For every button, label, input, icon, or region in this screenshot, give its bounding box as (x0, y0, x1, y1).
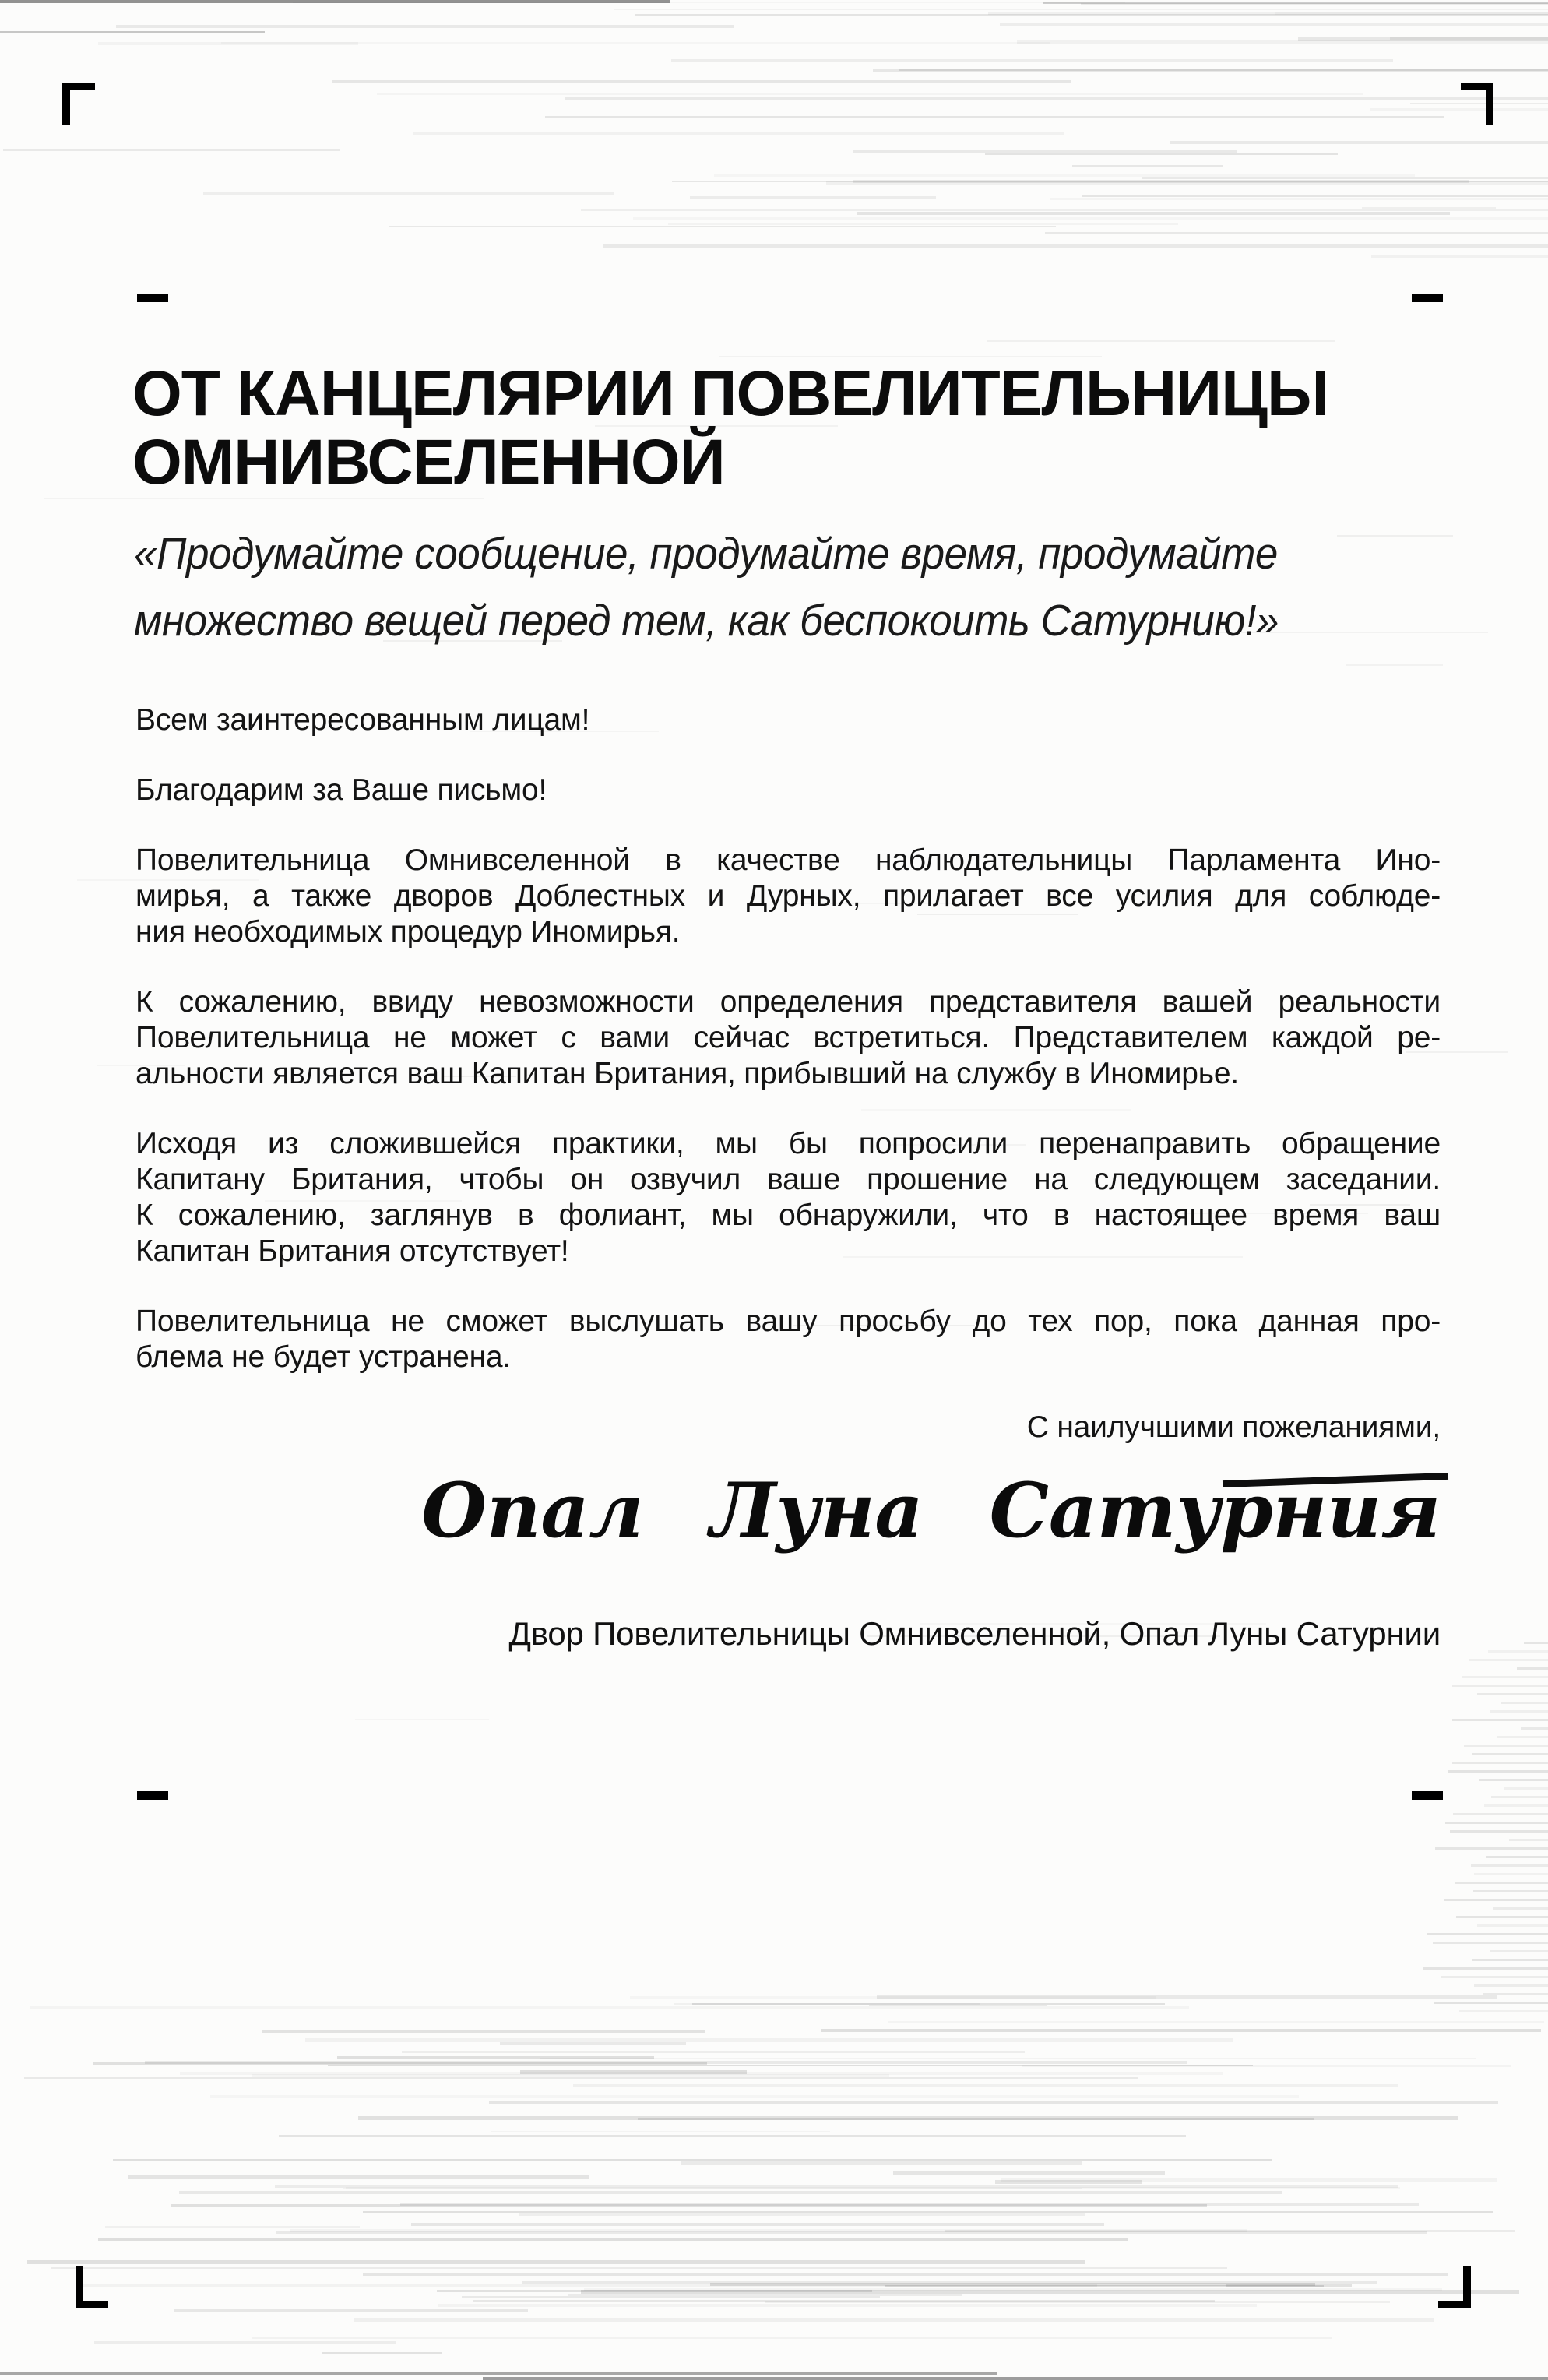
body-line: Повелительница Омнивселенной в качестве … (135, 843, 1441, 878)
letter-body: Всем заинтересованным лицам! Благодарим … (135, 702, 1441, 1653)
body-line: Благодарим за Ваше письмо! (135, 773, 1441, 808)
body-line: К сожалению, заглянув в фолиант, мы обна… (135, 1198, 1441, 1234)
paragraph-practice: Исходя из сложившейся практики, мы бы по… (135, 1126, 1441, 1269)
signature-word-3: Сатурния (990, 1464, 1441, 1558)
letter-heading: ОТ КАНЦЕЛЯРИИ ПОВЕЛИТЕЛЬНИЦЫ ОМНИВСЕЛЕНН… (132, 360, 1328, 497)
letter-page: ОТ КАНЦЕЛЯРИИ ПОВЕЛИТЕЛЬНИЦЫ ОМНИВСЕЛЕНН… (0, 0, 1548, 2380)
epigraph-line-2: множество вещей перед тем, как беспокоит… (134, 587, 1279, 654)
body-line: Повелительница не сможет выслушать вашу … (135, 1304, 1441, 1340)
body-line: ния необходимых процедур Иномирья. (135, 914, 1441, 950)
registration-dash-lower-left (137, 1791, 168, 1800)
paragraph-salutation: Всем заинтересованным лицам! (135, 702, 1441, 738)
heading-line-1: ОТ КАНЦЕЛЯРИИ ПОВЕЛИТЕЛЬНИЦЫ (132, 360, 1328, 428)
registration-dash-upper-left (137, 294, 168, 302)
crop-mark-bottom-right-icon (1438, 2266, 1471, 2308)
letter-content: ОТ КАНЦЕЛЯРИИ ПОВЕЛИТЕЛЬНИЦЫ ОМНИВСЕЛЕНН… (0, 0, 1548, 2380)
crop-mark-bottom-left-icon (76, 2266, 108, 2308)
paragraph-conclusion: Повелительница не сможет выслушать вашу … (135, 1304, 1441, 1375)
body-line: К сожалению, ввиду невозможности определ… (135, 984, 1441, 1020)
signature-script: Опал Луна Сатурния (135, 1464, 1441, 1558)
body-line: Исходя из сложившейся практики, мы бы по… (135, 1126, 1441, 1162)
registration-dash-lower-right (1412, 1791, 1443, 1800)
body-line: Повелительница не может с вами сейчас вс… (135, 1020, 1441, 1056)
paragraph-observer: Повелительница Омнивселенной в качестве … (135, 843, 1441, 950)
signature-word-2: Луна (710, 1464, 924, 1558)
registration-dash-upper-right (1412, 294, 1443, 302)
body-line: Капитан Британия отсутствует! (135, 1234, 1441, 1269)
epigraph-line-1: «Продумайте сообщение, продумайте время,… (134, 520, 1279, 587)
crop-mark-top-left-icon (62, 83, 95, 125)
body-line: блема не будет устранена. (135, 1340, 1441, 1375)
paragraph-thanks: Благодарим за Ваше письмо! (135, 773, 1441, 808)
paragraph-regret: К сожалению, ввиду невозможности определ… (135, 984, 1441, 1092)
letter-epigraph: «Продумайте сообщение, продумайте время,… (134, 520, 1279, 654)
heading-line-2: ОМНИВСЕЛЕННОЙ (132, 428, 1328, 497)
valediction: С наилучшими пожеланиями, (135, 1410, 1441, 1445)
body-line: альности является ваш Капитан Британия, … (135, 1056, 1441, 1092)
signature-word-1: Опал (421, 1464, 643, 1558)
body-line: Капитану Британия, чтобы он озвучил ваше… (135, 1162, 1441, 1198)
body-line: мирья, а также дворов Доблестных и Дурны… (135, 878, 1441, 914)
signature-caption: Двор Повелительницы Омнивселенной, Опал … (135, 1615, 1441, 1653)
body-line: Всем заинтересованным лицам! (135, 702, 1441, 738)
crop-mark-top-right-icon (1461, 83, 1493, 125)
